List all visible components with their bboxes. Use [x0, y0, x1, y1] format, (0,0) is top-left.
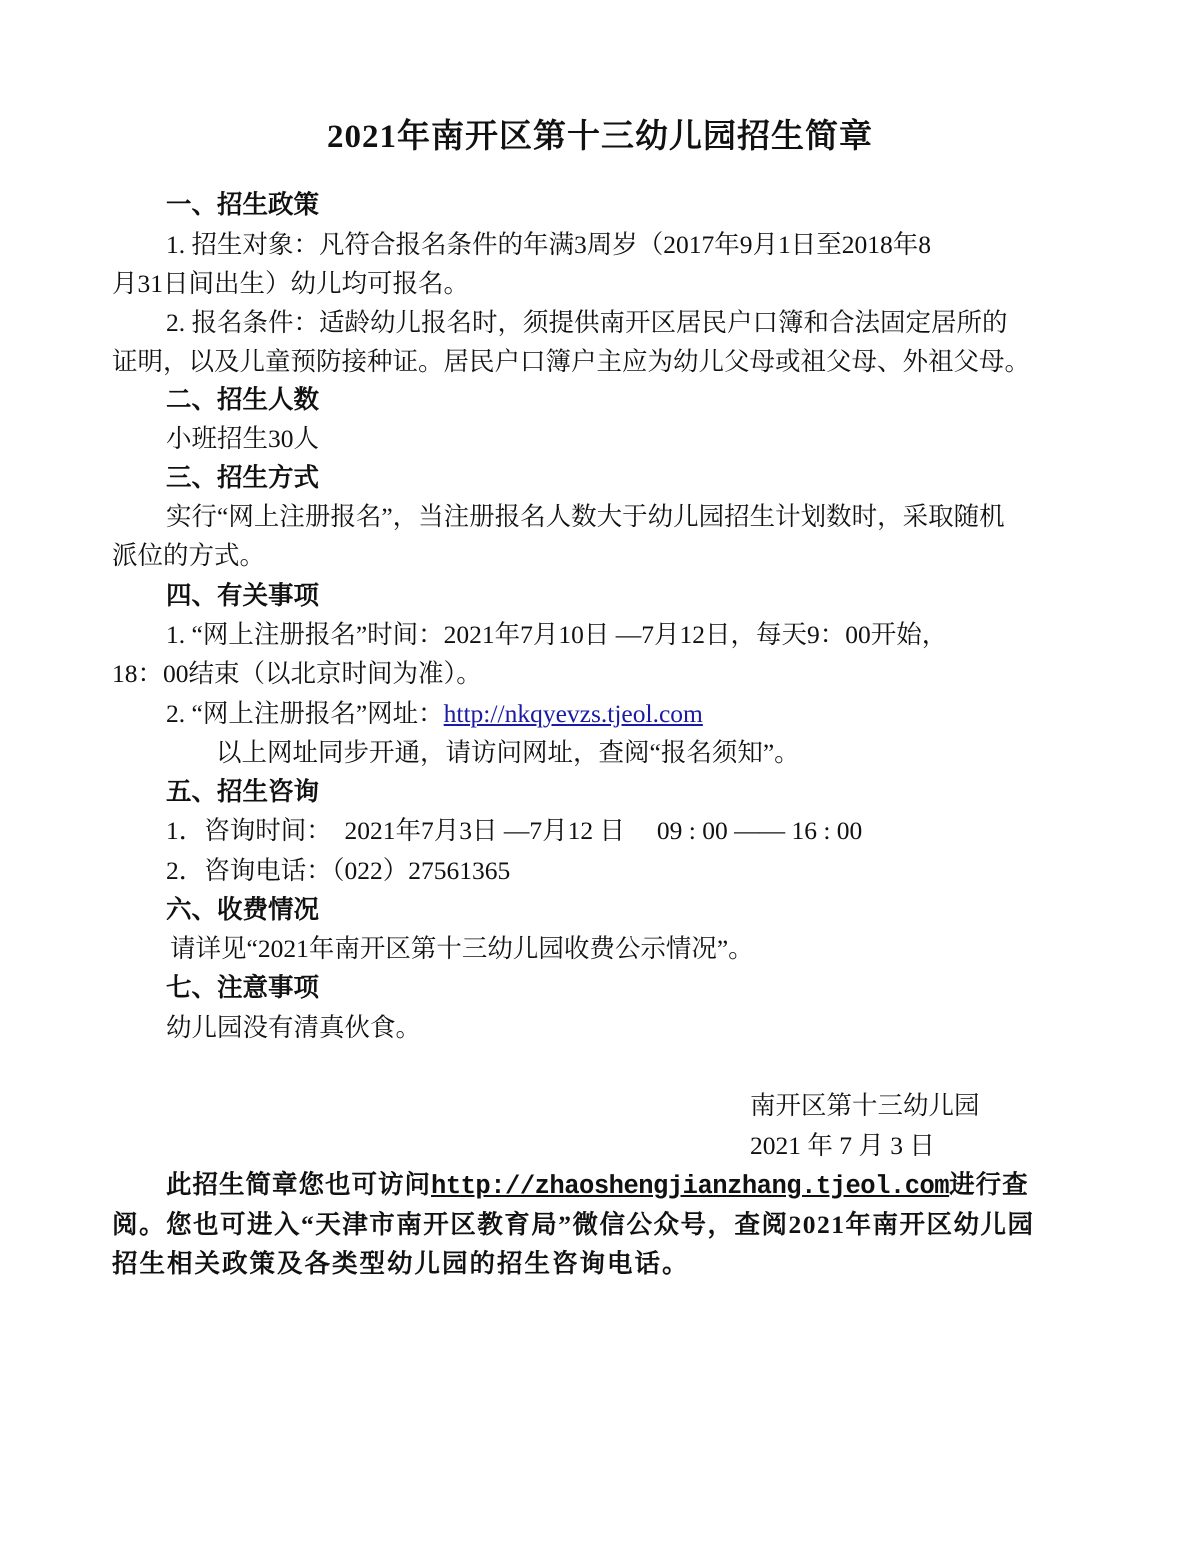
- quota-text: 小班招生30人: [166, 419, 1146, 458]
- signature-date: 2021 年 7 月 3 日: [750, 1126, 1200, 1165]
- footer-prefix: 此招生简章您也可访问: [166, 1170, 431, 1199]
- section-heading-notes: 七、注意事项: [166, 968, 1146, 1007]
- footer-suffix: 进行查: [949, 1170, 1029, 1199]
- matters-url-label: 2. “网上注册报名”网址：: [166, 699, 444, 728]
- section-heading-policy: 一、招生政策: [166, 185, 1146, 224]
- matters-time-line2: 18：00结束（以北京时间为准）。: [112, 654, 1092, 693]
- registration-link[interactable]: http://nkqyevzs.tjeol.com: [444, 699, 703, 728]
- policy-target-line1: 1. 招生对象：凡符合报名条件的年满3周岁（2017年9月1日至2018年8: [166, 225, 1146, 264]
- section-heading-matters: 四、有关事项: [166, 576, 1146, 615]
- matters-note: 以上网址同步开通，请访问网址，查阅“报名须知”。: [216, 733, 1196, 772]
- footer-line1: 此招生简章您也可访问http://zhaoshengjianzhang.tjeo…: [166, 1165, 1146, 1206]
- consult-time: 1．咨询时间： 2021年7月3日 —7月12 日 09 : 00 —— 16 …: [166, 811, 1146, 850]
- section-heading-method: 三、招生方式: [166, 458, 1146, 497]
- matters-url-line: 2. “网上注册报名”网址：http://nkqyevzs.tjeol.com: [166, 694, 1146, 733]
- notes-text: 幼儿园没有清真伙食。: [166, 1008, 1146, 1047]
- section-heading-fees: 六、收费情况: [166, 890, 1146, 929]
- fees-text: 请详见“2021年南开区第十三幼儿园收费公示情况”。: [170, 929, 1150, 968]
- policy-condition-line2: 证明，以及儿童预防接种证。居民户口簿户主应为幼儿父母或祖父母、外祖父母。: [112, 342, 1092, 381]
- footer-line3: 招生相关政策及各类型幼儿园的招生咨询电话。: [112, 1244, 1092, 1283]
- section-heading-quota: 二、招生人数: [166, 380, 1146, 419]
- document-page: 2021年南开区第十三幼儿园招生简章 一、招生政策 1. 招生对象：凡符合报名条…: [0, 0, 1200, 1552]
- consult-phone: 2．咨询电话：（022）27561365: [166, 851, 1146, 890]
- method-line2: 派位的方式。: [112, 536, 1092, 575]
- matters-time-line1: 1. “网上注册报名”时间：2021年7月10日 —7月12日，每天9：00开始…: [166, 615, 1146, 654]
- section-heading-consult: 五、招生咨询: [166, 772, 1146, 811]
- policy-condition-line1: 2. 报名条件：适龄幼儿报名时，须提供南开区居民户口簿和合法固定居所的: [166, 303, 1146, 342]
- page-title: 2021年南开区第十三幼儿园招生简章: [0, 110, 1200, 157]
- footer-line2: 阅。您也可进入“天津市南开区教育局”微信公众号，查阅2021年南开区幼儿园: [112, 1205, 1092, 1244]
- method-line1: 实行“网上注册报名”，当注册报名人数大于幼儿园招生计划数时，采取随机: [166, 497, 1146, 536]
- signature-org: 南开区第十三幼儿园: [750, 1086, 1200, 1125]
- policy-target-line2: 月31日间出生）幼儿均可报名。: [112, 264, 1092, 303]
- footer-link[interactable]: http://zhaoshengjianzhang.tjeol.com: [431, 1172, 949, 1201]
